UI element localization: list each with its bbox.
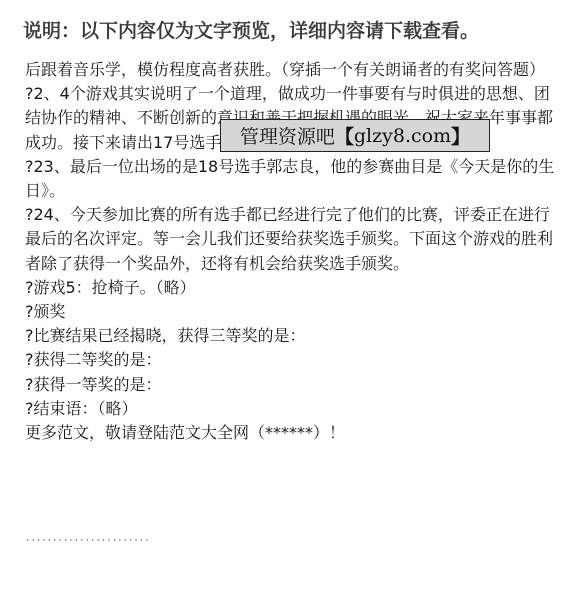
watermark-open-bracket: 【 [335, 122, 354, 149]
paragraph: ?游戏5：抢椅子。（略） [25, 276, 560, 300]
paragraph: ?获得二等奖的是： [25, 348, 560, 372]
paragraph: ?颁奖 [25, 300, 560, 324]
watermark-close-bracket: 】 [451, 122, 470, 149]
paragraph: 更多范文，敬请登陆范文大全网（******）！ [25, 421, 560, 445]
preview-notice: 说明：以下内容仅为文字预览，详细内容请下载查看。 [23, 16, 479, 43]
paragraph: ?获得一等奖的是： [25, 373, 560, 397]
paragraph: ?24、今天参加比赛的所有选手都已经进行完了他们的比赛，评委正在进行最后的名次评… [25, 203, 560, 276]
watermark-name: 管理资源吧 [240, 122, 335, 149]
watermark-banner: 管理资源吧 【 glzy8.com 】 [220, 119, 490, 152]
paragraph: ?比赛结果已经揭晓，获得三等奖的是： [25, 324, 560, 348]
paragraph: ?结束语：（略） [25, 397, 560, 421]
paragraph: 后跟着音乐学，模仿程度高者获胜。（穿插一个有关朗诵者的有奖问答题） [25, 58, 560, 82]
watermark-site: glzy8.com [354, 125, 451, 147]
dotted-separator: ······················· [25, 536, 150, 546]
document-body: 后跟着音乐学，模仿程度高者获胜。（穿插一个有关朗诵者的有奖问答题） ?2、4个游… [25, 58, 560, 445]
paragraph: ?23、最后一位出场的是18号选手郭志良，他的参赛曲目是《今天是你的生日》。 [25, 155, 560, 203]
